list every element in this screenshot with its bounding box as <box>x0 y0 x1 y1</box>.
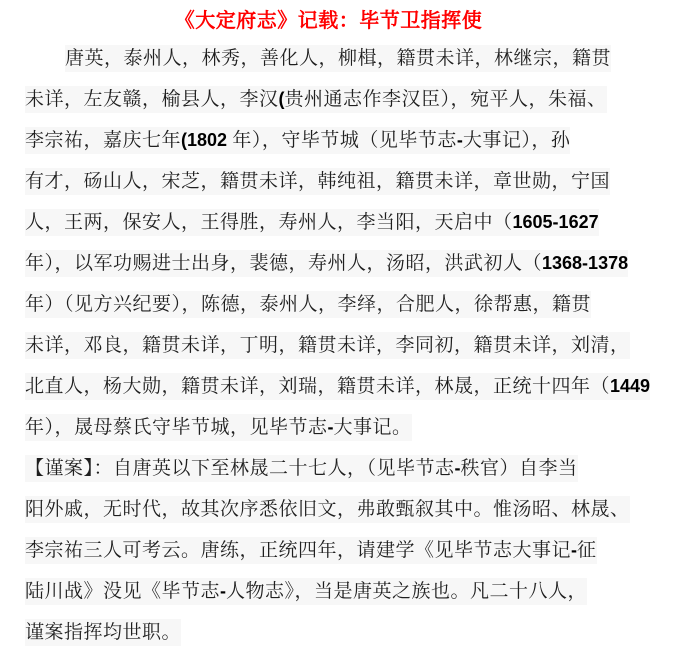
text-line-content: 北直人，杨大勋，籍贯未详，刘瑞，籍贯未详，林晟，正统十四年（1449 <box>25 373 650 400</box>
text-line-content: 年）（见方兴纪要），陈德，泰州人，李绎，合肥人，徐帮惠，籍贯 <box>25 291 591 318</box>
text-line-content: 未详，邓良，籍贯未详，丁明，籍贯未详，李同初，籍贯未详，刘清， <box>25 332 630 359</box>
text-line-content: 年），晟母蔡氏守毕节城，见毕节志-大事记。 <box>25 414 412 441</box>
paragraph-roster: 唐英，泰州人，林秀，善化人，柳楫，籍贯未详，林继宗，籍贯 未详，左友赣，榆县人，… <box>25 38 672 448</box>
text-line: 李宗祐，嘉庆七年(1802 年），守毕节城（见毕节志-大事记），孙 <box>25 120 672 161</box>
text-line-content: 唐英，泰州人，林秀，善化人，柳楫，籍贯未详，林继宗，籍贯 <box>65 45 611 72</box>
document-page: 《大定府志》记载：毕节卫指挥使 唐英，泰州人，林秀，善化人，柳楫，籍贯未详，林继… <box>0 0 697 653</box>
text-line: 未详，邓良，籍贯未详，丁明，籍贯未详，李同初，籍贯未详，刘清， <box>25 325 672 366</box>
text-line: 年），晟母蔡氏守毕节城，见毕节志-大事记。 <box>25 407 672 448</box>
text-line-content: 人，王两，保安人，王得胜，寿州人，李当阳，天启中（1605-1627 <box>25 209 599 236</box>
text-line: 人，王两，保安人，王得胜，寿州人，李当阳，天启中（1605-1627 <box>25 202 672 243</box>
text-line-content: 陆川战》没见《毕节志-人物志》，当是唐英之族也。凡二十八人， <box>25 578 587 605</box>
text-line: 年），以军功赐进士出身，裴德，寿州人，汤昭，洪武初人（1368-1378 <box>25 243 672 284</box>
text-line: 【谨案】：自唐英以下至林晟二十七人，（见毕节志-秩官）自李当 <box>25 448 672 489</box>
paragraph-note: 【谨案】：自唐英以下至林晟二十七人，（见毕节志-秩官）自李当 阳外戚，无时代，故… <box>25 448 672 653</box>
text-line-content: 未详，左友赣，榆县人，李汉(贵州通志作李汉臣），宛平人，朱福、 <box>25 86 607 113</box>
text-line: 北直人，杨大勋，籍贯未详，刘瑞，籍贯未详，林晟，正统十四年（1449 <box>25 366 672 407</box>
text-line: 陆川战》没见《毕节志-人物志》，当是唐英之族也。凡二十八人， <box>25 571 672 612</box>
text-line: 阳外戚，无时代，故其次序悉依旧文，弗敢甄叙其中。惟汤昭、林晟、 <box>25 489 672 530</box>
text-line-content: 李宗祐三人可考云。唐练，正统四年，请建学《见毕节志大事记-征 <box>25 537 597 564</box>
text-line: 谨案指挥均世职。 <box>25 612 672 653</box>
text-line: 李宗祐三人可考云。唐练，正统四年，请建学《见毕节志大事记-征 <box>25 530 672 571</box>
text-line-content: 年），以军功赐进士出身，裴德，寿州人，汤昭，洪武初人（1368-1378 <box>25 250 628 277</box>
page-title: 《大定府志》记载：毕节卫指挥使 <box>25 8 632 34</box>
text-line-content: 阳外戚，无时代，故其次序悉依旧文，弗敢甄叙其中。惟汤昭、林晟、 <box>25 496 630 523</box>
text-line: 年）（见方兴纪要），陈德，泰州人，李绎，合肥人，徐帮惠，籍贯 <box>25 284 672 325</box>
text-line-content: 【谨案】：自唐英以下至林晟二十七人，（见毕节志-秩官）自李当 <box>25 455 578 482</box>
text-line: 未详，左友赣，榆县人，李汉(贵州通志作李汉臣），宛平人，朱福、 <box>25 79 672 120</box>
text-line: 唐英，泰州人，林秀，善化人，柳楫，籍贯未详，林继宗，籍贯 <box>25 38 672 79</box>
text-line-content: 李宗祐，嘉庆七年(1802 年），守毕节城（见毕节志-大事记），孙 <box>25 127 570 154</box>
text-line-content: 有才，砀山人，宋芝，籍贯未详，韩纯祖，籍贯未详，章世勋，宁国 <box>25 168 610 195</box>
text-line-content: 谨案指挥均世职。 <box>25 619 181 646</box>
text-line: 有才，砀山人，宋芝，籍贯未详，韩纯祖，籍贯未详，章世勋，宁国 <box>25 161 672 202</box>
